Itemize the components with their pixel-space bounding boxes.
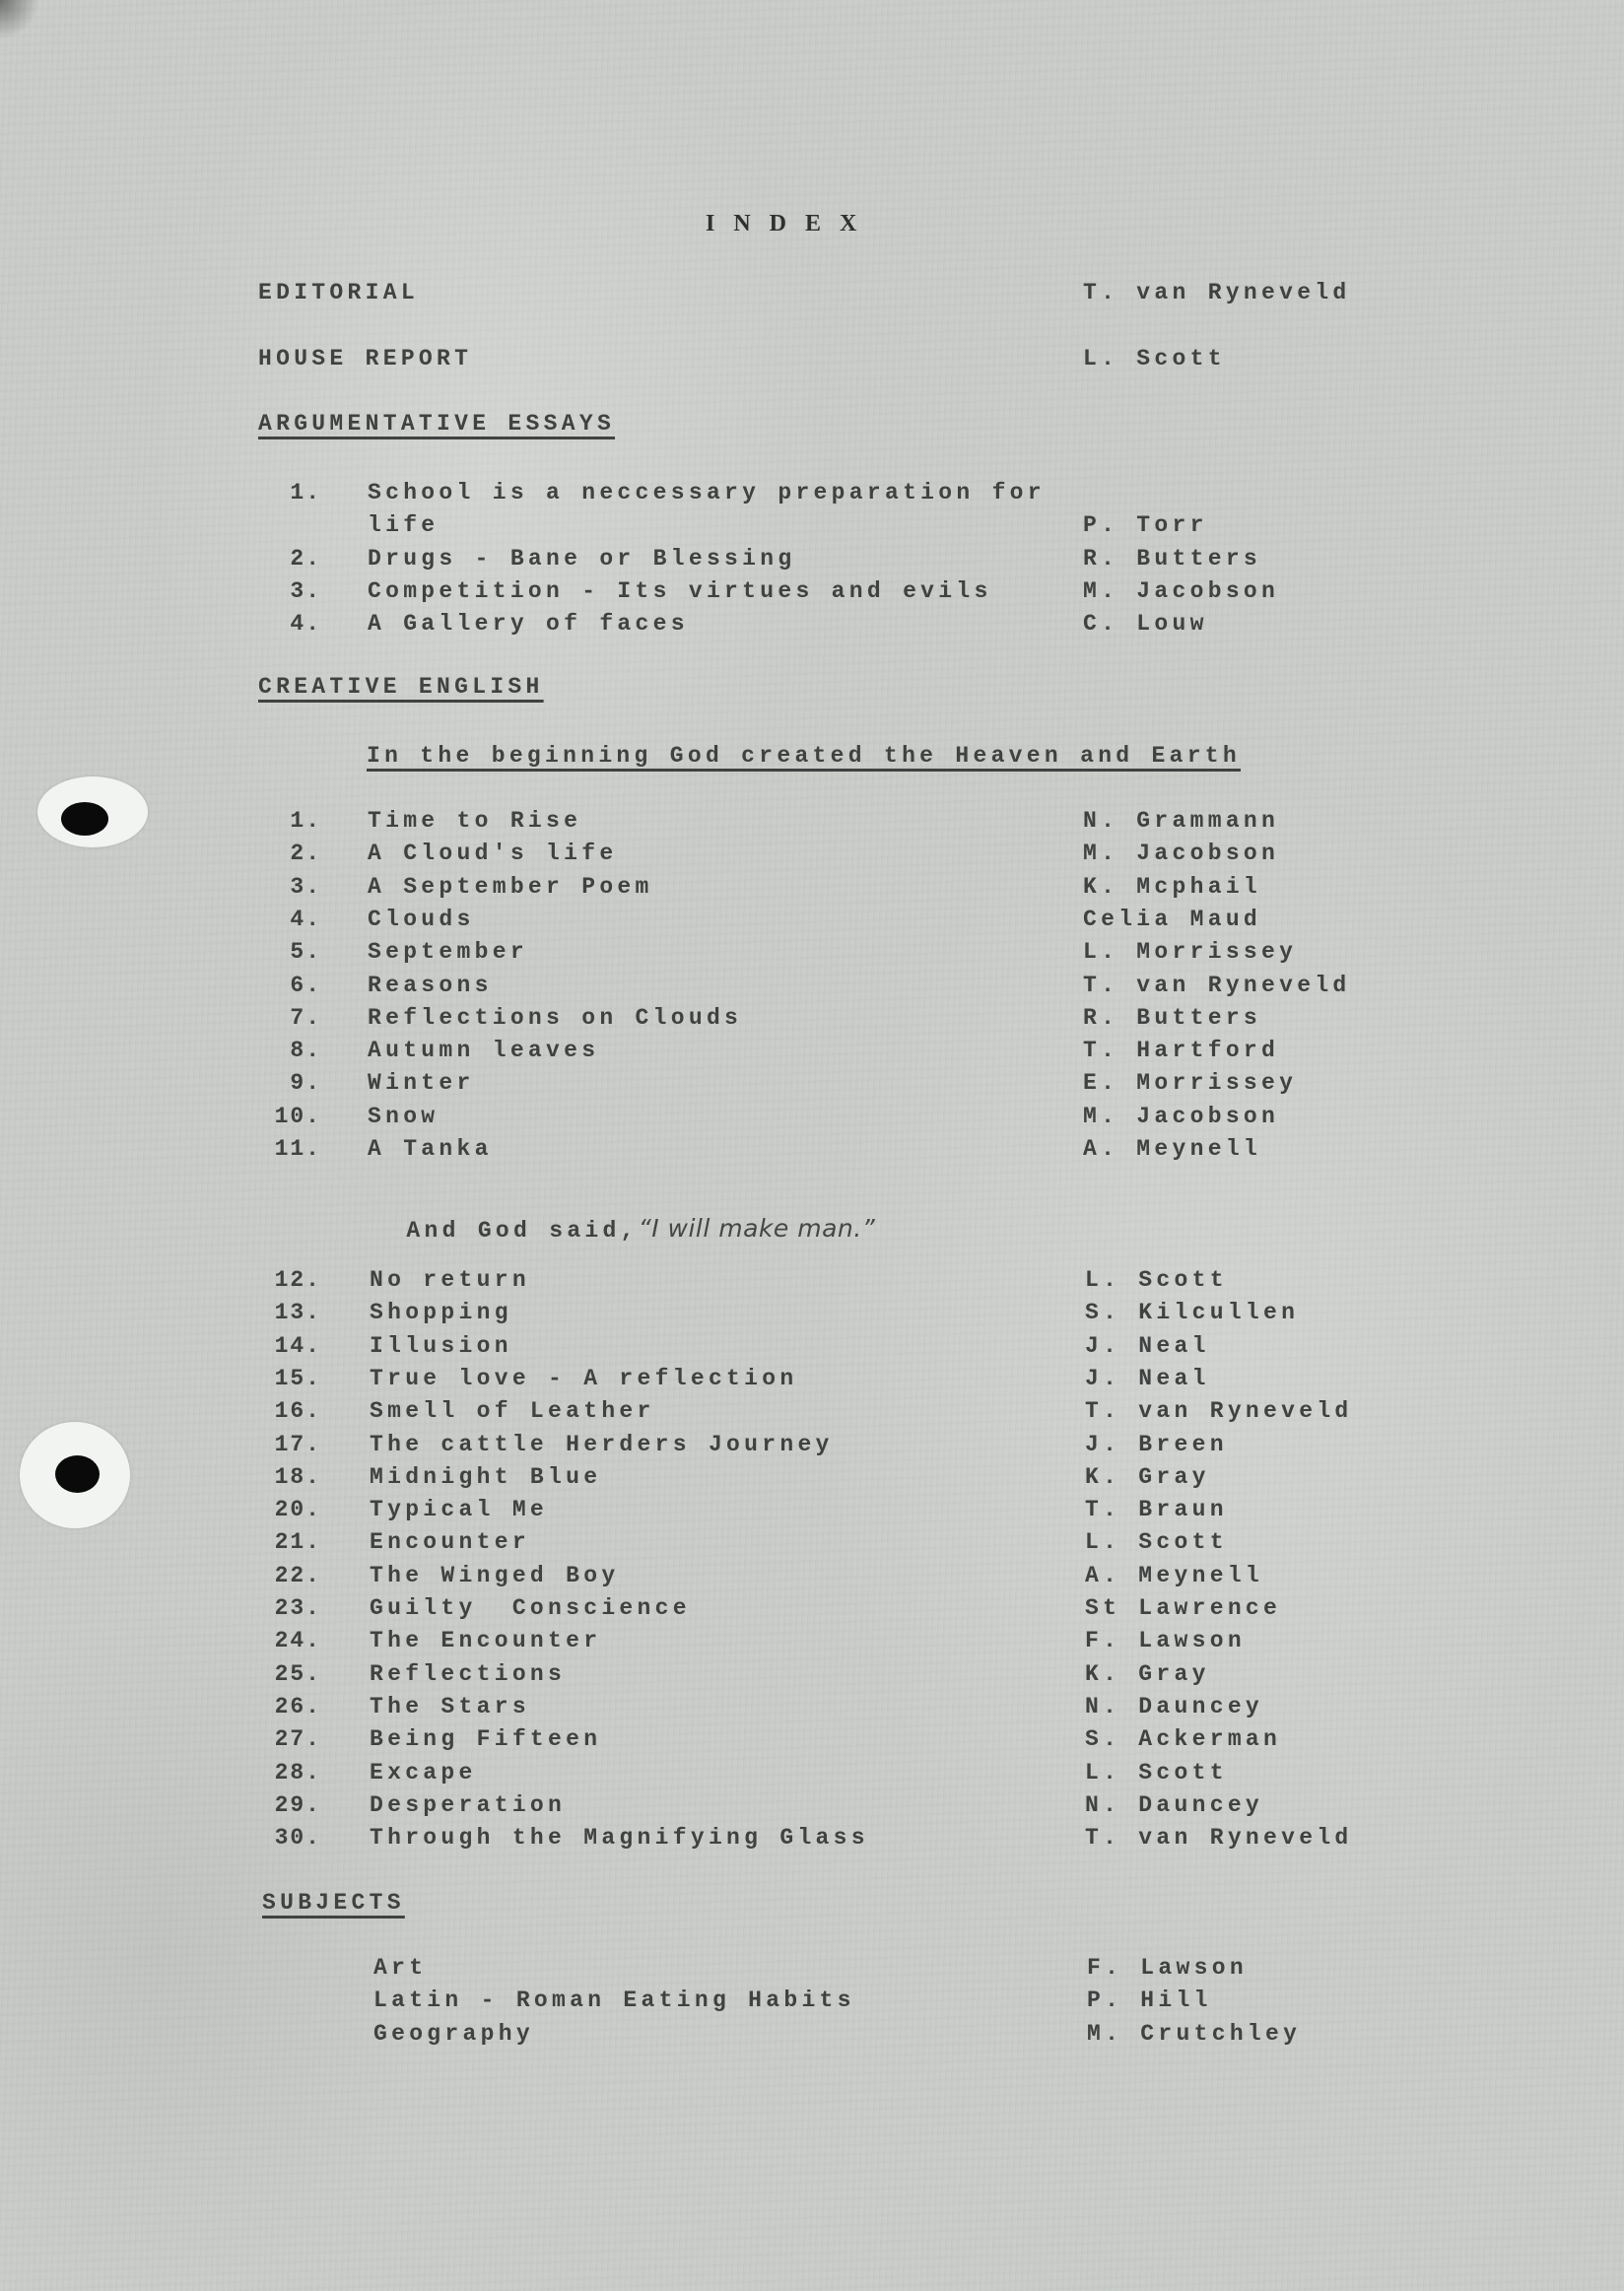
- subheading-and-god-said: And God said,“I will make man.”: [369, 1196, 875, 1265]
- item-author: L. Scott: [1085, 1526, 1228, 1559]
- item-title: Time to Rise: [368, 805, 581, 838]
- section-heading-creative-english: CREATIVE ENGLISH: [258, 671, 544, 704]
- item-title: Clouds: [368, 904, 475, 936]
- item-number: 4.: [268, 608, 321, 640]
- item-number: 25.: [268, 1658, 321, 1691]
- item-number: 2.: [268, 543, 321, 575]
- item-author: C. Louw: [1083, 608, 1208, 640]
- item-author: M. Jacobson: [1083, 838, 1279, 870]
- item-author: R. Butters: [1083, 543, 1261, 575]
- item-author: J. Neal: [1085, 1330, 1210, 1363]
- entry-author: L. Scott: [1083, 343, 1226, 375]
- item-number: 6.: [268, 970, 321, 1002]
- item-author: T. Braun: [1085, 1494, 1228, 1526]
- item-number: 20.: [268, 1494, 321, 1526]
- item-author: N. Dauncey: [1085, 1691, 1263, 1723]
- punch-hole-top: [37, 776, 148, 847]
- item-number: 22.: [268, 1560, 321, 1592]
- item-number: 11.: [268, 1133, 321, 1166]
- item-author: A. Meynell: [1085, 1560, 1263, 1592]
- item-title: The cattle Herders Journey: [370, 1429, 834, 1461]
- item-title: True love - A reflection: [370, 1363, 797, 1395]
- entry-author: T. van Ryneveld: [1083, 277, 1351, 309]
- item-author: T. van Ryneveld: [1085, 1395, 1353, 1428]
- page-title: INDEX: [706, 211, 875, 237]
- item-title: Reflections on Clouds: [368, 1002, 742, 1035]
- item-number: 5.: [268, 936, 321, 969]
- item-author: S. Ackerman: [1085, 1723, 1281, 1756]
- entry-label: HOUSE REPORT: [258, 343, 472, 375]
- item-title: September: [368, 936, 528, 969]
- item-title: Competition - Its virtues and evils: [368, 575, 992, 608]
- item-title: Smell of Leather: [370, 1395, 655, 1428]
- item-title: Illusion: [370, 1330, 512, 1363]
- item-title: Geography: [373, 2018, 534, 2051]
- item-title-continued: life: [368, 509, 439, 542]
- item-number: 7.: [268, 1002, 321, 1035]
- item-number: 26.: [268, 1691, 321, 1723]
- item-author: S. Kilcullen: [1085, 1297, 1299, 1329]
- entry-label: EDITORIAL: [258, 277, 419, 309]
- item-title: Reasons: [368, 970, 493, 1002]
- item-number: 30.: [268, 1822, 321, 1854]
- item-title: Snow: [368, 1101, 439, 1133]
- subheading-in-the-beginning: In the beginning God created the Heaven …: [367, 740, 1241, 773]
- item-title: Desperation: [370, 1789, 566, 1822]
- item-title: Drugs - Bane or Blessing: [368, 543, 795, 575]
- item-author: St Lawrence: [1085, 1592, 1281, 1625]
- item-number: 8.: [268, 1035, 321, 1067]
- item-number: 27.: [268, 1723, 321, 1756]
- item-author: M. Jacobson: [1083, 1101, 1279, 1133]
- item-title: Shopping: [370, 1297, 512, 1329]
- item-number: 1.: [268, 805, 321, 838]
- item-author: M. Jacobson: [1083, 575, 1279, 608]
- item-number: 3.: [268, 575, 321, 608]
- item-number: 4.: [268, 904, 321, 936]
- item-title: Reflections: [370, 1658, 566, 1691]
- item-number: 14.: [268, 1330, 321, 1363]
- item-number: 13.: [268, 1297, 321, 1329]
- scan-corner-shadow: [0, 0, 39, 39]
- item-number: 9.: [268, 1067, 321, 1100]
- item-author: M. Crutchley: [1087, 2018, 1301, 2051]
- item-title: Through the Magnifying Glass: [370, 1822, 869, 1854]
- item-author: N. Dauncey: [1085, 1789, 1263, 1822]
- item-title: A Gallery of faces: [368, 608, 689, 640]
- item-number: 23.: [268, 1592, 321, 1625]
- item-number: 21.: [268, 1526, 321, 1559]
- item-author: F. Lawson: [1085, 1625, 1246, 1657]
- item-author: F. Lawson: [1087, 1952, 1248, 1985]
- section-heading-subjects: SUBJECTS: [262, 1887, 405, 1920]
- item-author: K. Mcphail: [1083, 871, 1261, 904]
- item-author: T. Hartford: [1083, 1035, 1279, 1067]
- item-number: 10.: [268, 1101, 321, 1133]
- item-author: J. Breen: [1085, 1429, 1228, 1461]
- item-title: Midnight Blue: [370, 1461, 601, 1494]
- item-author: T. van Ryneveld: [1085, 1822, 1353, 1854]
- item-author: P. Hill: [1087, 1985, 1212, 2017]
- item-number: 24.: [268, 1625, 321, 1657]
- item-title: Being Fifteen: [370, 1723, 601, 1756]
- item-title: Latin - Roman Eating Habits: [373, 1985, 855, 2017]
- item-number: 16.: [268, 1395, 321, 1428]
- item-author: K. Gray: [1085, 1461, 1210, 1494]
- item-number: 3.: [268, 871, 321, 904]
- item-number: 18.: [268, 1461, 321, 1494]
- item-number: 15.: [268, 1363, 321, 1395]
- item-title: A Tanka: [368, 1133, 493, 1166]
- item-title: Autumn leaves: [368, 1035, 599, 1067]
- item-number: 12.: [268, 1264, 321, 1297]
- item-author: P. Torr: [1083, 509, 1208, 542]
- item-author: J. Neal: [1085, 1363, 1210, 1395]
- item-author: L. Scott: [1085, 1264, 1228, 1297]
- item-author: K. Gray: [1085, 1658, 1210, 1691]
- item-number: 29.: [268, 1789, 321, 1822]
- item-title: Encounter: [370, 1526, 530, 1559]
- item-title: A Cloud's life: [368, 838, 617, 870]
- item-title: The Winged Boy: [370, 1560, 619, 1592]
- subheading-handwritten-text: “I will make man.”: [639, 1214, 875, 1243]
- item-number: 28.: [268, 1757, 321, 1789]
- item-title: School is a neccessary preparation for: [368, 477, 1046, 509]
- punch-hole-bottom: [20, 1422, 130, 1528]
- item-title: The Encounter: [370, 1625, 601, 1657]
- item-author: E. Morrissey: [1083, 1067, 1297, 1100]
- item-number: 17.: [268, 1429, 321, 1461]
- item-title: The Stars: [370, 1691, 530, 1723]
- item-title: Art: [373, 1952, 427, 1985]
- item-author: L. Morrissey: [1083, 936, 1297, 969]
- item-title: A September Poem: [368, 871, 653, 904]
- item-author: T. van Ryneveld: [1083, 970, 1351, 1002]
- section-heading-argumentative-essays: ARGUMENTATIVE ESSAYS: [258, 408, 615, 440]
- item-title: No return: [370, 1264, 530, 1297]
- item-author: R. Butters: [1083, 1002, 1261, 1035]
- item-author: N. Grammann: [1083, 805, 1279, 838]
- item-title: Winter: [368, 1067, 475, 1100]
- item-number: 1.: [268, 477, 321, 509]
- item-author: A. Meynell: [1083, 1133, 1261, 1166]
- item-title: Typical Me: [370, 1494, 548, 1526]
- item-number: 2.: [268, 838, 321, 870]
- item-author: L. Scott: [1085, 1757, 1228, 1789]
- item-title: Guilty Conscience: [370, 1592, 691, 1625]
- subheading-typed-text: And God said,: [406, 1218, 638, 1244]
- item-author: Celia Maud: [1083, 904, 1261, 936]
- item-title: Excape: [370, 1757, 477, 1789]
